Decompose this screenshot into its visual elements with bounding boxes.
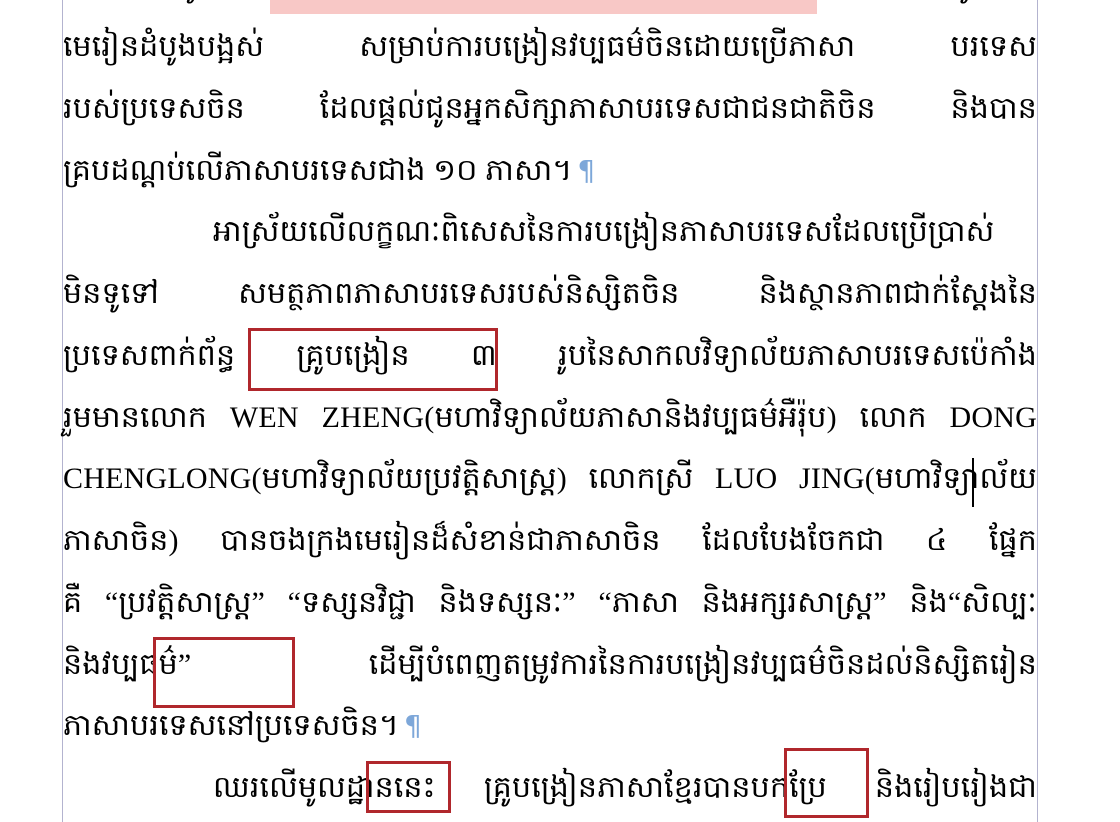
line-text: រួមមានលោក WEN ZHENG(មហាវិទ្យាល័យភាសានិងវ…: [63, 401, 1037, 434]
document-page: មេរៀនដំបូងបង្អស់ សម្រាប់ការបង្រៀនវប្បធម៌…: [0, 0, 1120, 822]
line-text: គ្របដណ្តប់លើភាសាបរទេសជាង ១០ ភាសា។: [63, 154, 572, 187]
annotation-box[interactable]: [366, 761, 451, 813]
line-text: មិនទូទៅ សមត្ថភាពភាសាបរទេសរបស់និស្សិតចិន …: [63, 277, 1037, 310]
line-text: អាស្រ័យលើលក្ខណៈពិសេសនៃការបង្រៀនភាសាបរទេស…: [213, 215, 994, 248]
annotation-box[interactable]: [248, 328, 498, 391]
text-line[interactable]: គឺ “ប្រវត្តិសាស្ត្រ” “ទស្សនវិជ្ជា និងទស្…: [63, 572, 1037, 634]
line-text: ភាសាចិន) បានចងក្រងមេរៀនដ៏សំខាន់ជាភាសាចិន…: [63, 524, 1037, 557]
text-line[interactable]: ឈរលើមូលដ្ឋាននេះ គ្រូបង្រៀនភាសាខ្មែរបានបក…: [63, 757, 1037, 819]
text-line[interactable]: CHENGLONG(មហាវិទ្យាល័យប្រវត្តិសាស្ត្រ) ល…: [63, 448, 1037, 510]
line-text: ឈរលើមូលដ្ឋាននេះ គ្រូបង្រៀនភាសាខ្មែរបានបក…: [213, 771, 1037, 804]
text-line[interactable]: អាស្រ័យលើលក្ខណៈពិសេសនៃការបង្រៀនភាសាបរទេស…: [63, 201, 1037, 263]
text-line[interactable]: រួមមានលោក WEN ZHENG(មហាវិទ្យាល័យភាសានិងវ…: [63, 387, 1037, 449]
text-line[interactable]: មេរៀនដំបូងបង្អស់ សម្រាប់ការបង្រៀនវប្បធម៌…: [63, 16, 1037, 78]
text-line[interactable]: គ្របដណ្តប់លើភាសាបរទេសជាង ១០ ភាសា។¶: [63, 140, 1037, 202]
line-text: គឺ “ប្រវត្តិសាស្ត្រ” “ទស្សនវិជ្ជា និងទស្…: [63, 586, 1037, 619]
pilcrow-mark: ¶: [577, 154, 595, 187]
line-text: CHENGLONG(មហាវិទ្យាល័យប្រវត្តិសាស្ត្រ) ល…: [63, 462, 1037, 495]
line-text: របស់ប្រទេសចិន ដែលផ្តល់ជូនអ្នកសិក្សាភាសាប…: [63, 92, 1037, 125]
text-cursor: [972, 458, 974, 507]
text-line[interactable]: របស់ប្រទេសចិន ដែលផ្តល់ជូនអ្នកសិក្សាភាសាប…: [63, 78, 1037, 140]
text-line[interactable]: ប្រទេសពាក់ព័ន្ធ គ្រូបង្រៀន ៣ រូបនៃសាកលវិ…: [63, 325, 1037, 387]
line-text: ភាសាបរទេសនៅប្រទេសចិន។: [63, 709, 399, 742]
annotation-box[interactable]: [784, 748, 869, 818]
text-line[interactable]: មិនទូទៅ សមត្ថភាពភាសាបរទេសរបស់និស្សិតចិន …: [63, 263, 1037, 325]
pilcrow-mark: ¶: [404, 709, 422, 742]
line-text: ប្រទេសពាក់ព័ន្ធ គ្រូបង្រៀន ៣ រូបនៃសាកលវិ…: [63, 339, 1037, 372]
line-text: មេរៀនដំបូងបង្អស់ សម្រាប់ការបង្រៀនវប្បធម៌…: [63, 30, 1037, 63]
text-line[interactable]: ភាសាចិន) បានចងក្រងមេរៀនដ៏សំខាន់ជាភាសាចិន…: [63, 510, 1037, 572]
annotation-box[interactable]: [153, 637, 295, 708]
